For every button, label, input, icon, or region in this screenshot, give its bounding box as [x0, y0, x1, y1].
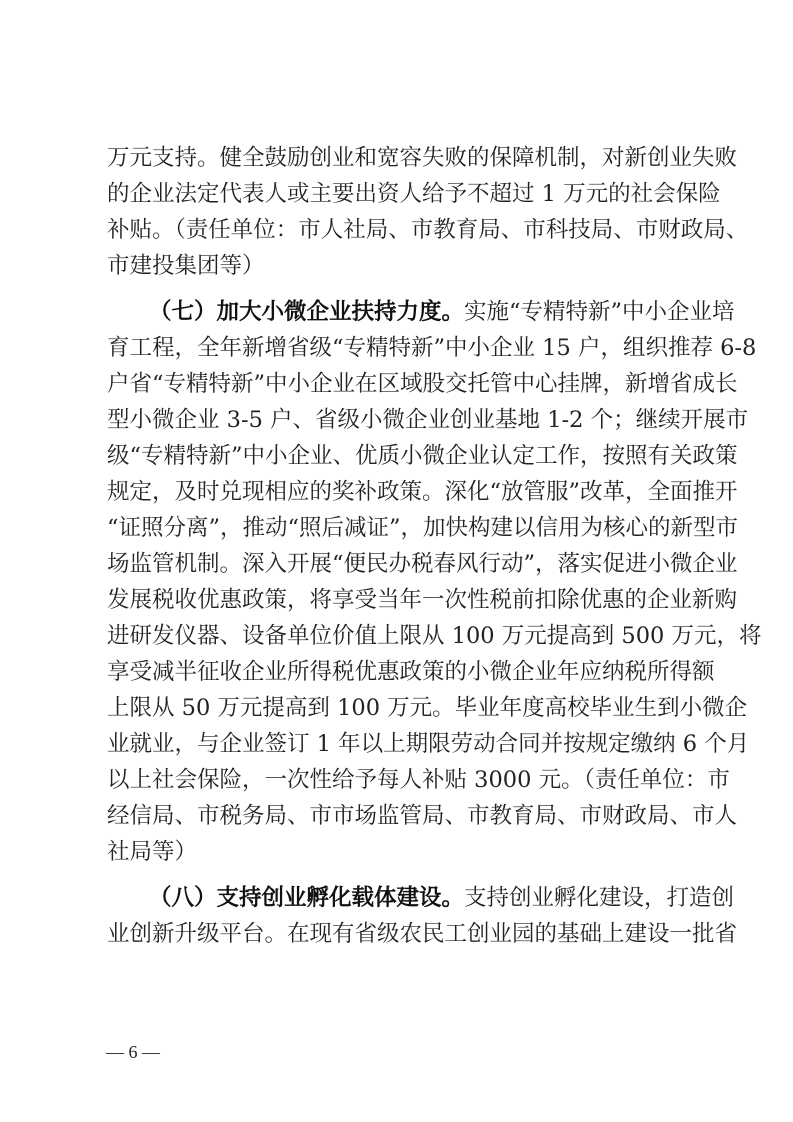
section-heading-line-8: （八）支持创业孵化载体建设。 支持创业孵化建设，打造创: [149, 883, 694, 913]
paragraph-line: 规定，及时兑现相应的奖补政策。深化“放管服”改革，全面推开: [107, 477, 694, 507]
paragraph-line: 支持创业孵化建设，打造创: [464, 883, 734, 913]
paragraph-line: 社局等）: [107, 837, 694, 867]
paragraph-line: 型小微企业 3-5 户、省级小微企业创业基地 1-2 个；继续开展市: [107, 405, 694, 435]
paragraph-line: 的企业法定代表人或主要出资人给予不超过 1 万元的社会保险: [107, 179, 694, 209]
page-number: — 6 —: [106, 1042, 160, 1063]
paragraph-line: 户省“专精特新”中小企业在区域股交托管中心挂牌，新增省成长: [107, 369, 694, 399]
paragraph-line: 实施“专精特新”中小企业培: [464, 297, 735, 327]
paragraph-line: 万元支持。健全鼓励创业和宽容失败的保障机制，对新创业失败: [107, 143, 694, 173]
paragraph-line: 以上社会保险，一次性给予每人补贴 3000 元。（责任单位：市: [107, 765, 694, 795]
paragraph-line: 补贴。（责任单位：市人社局、市教育局、市科技局、市财政局、: [107, 215, 694, 245]
section-heading-line-7: （七）加大小微企业扶持力度。 实施“专精特新”中小企业培: [149, 297, 694, 327]
paragraph-line: 经信局、市税务局、市市场监管局、市教育局、市财政局、市人: [107, 801, 694, 831]
paragraph-line: 育工程，全年新增省级“专精特新”中小企业 15 户，组织推荐 6-8: [107, 333, 694, 363]
document-page: 万元支持。健全鼓励创业和宽容失败的保障机制，对新创业失败 的企业法定代表人或主要…: [0, 0, 793, 1122]
paragraph-line: 市建投集团等）: [107, 251, 694, 281]
section-heading-8: （八）支持创业孵化载体建设。: [149, 883, 464, 913]
paragraph-line: 上限从 50 万元提高到 100 万元。毕业年度高校毕业生到小微企: [107, 693, 694, 723]
paragraph-line: 进研发仪器、设备单位价值上限从 100 万元提高到 500 万元，将: [107, 621, 694, 651]
paragraph-line: 场监管机制。深入开展“便民办税春风行动”，落实促进小微企业: [107, 549, 694, 579]
section-heading-7: （七）加大小微企业扶持力度。: [149, 297, 464, 327]
paragraph-line: 业就业，与企业签订 1 年以上期限劳动合同并按规定缴纳 6 个月: [107, 729, 694, 759]
paragraph-line: 业创新升级平台。在现有省级农民工创业园的基础上建设一批省: [107, 919, 694, 949]
paragraph-line: 享受减半征收企业所得税优惠政策的小微企业年应纳税所得额: [107, 657, 694, 687]
paragraph-line: “证照分离”，推动“照后减证”，加快构建以信用为核心的新型市: [107, 513, 694, 543]
paragraph-line: 级“专精特新”中小企业、优质小微企业认定工作，按照有关政策: [107, 441, 694, 471]
paragraph-line: 发展税收优惠政策，将享受当年一次性税前扣除优惠的企业新购: [107, 585, 694, 615]
